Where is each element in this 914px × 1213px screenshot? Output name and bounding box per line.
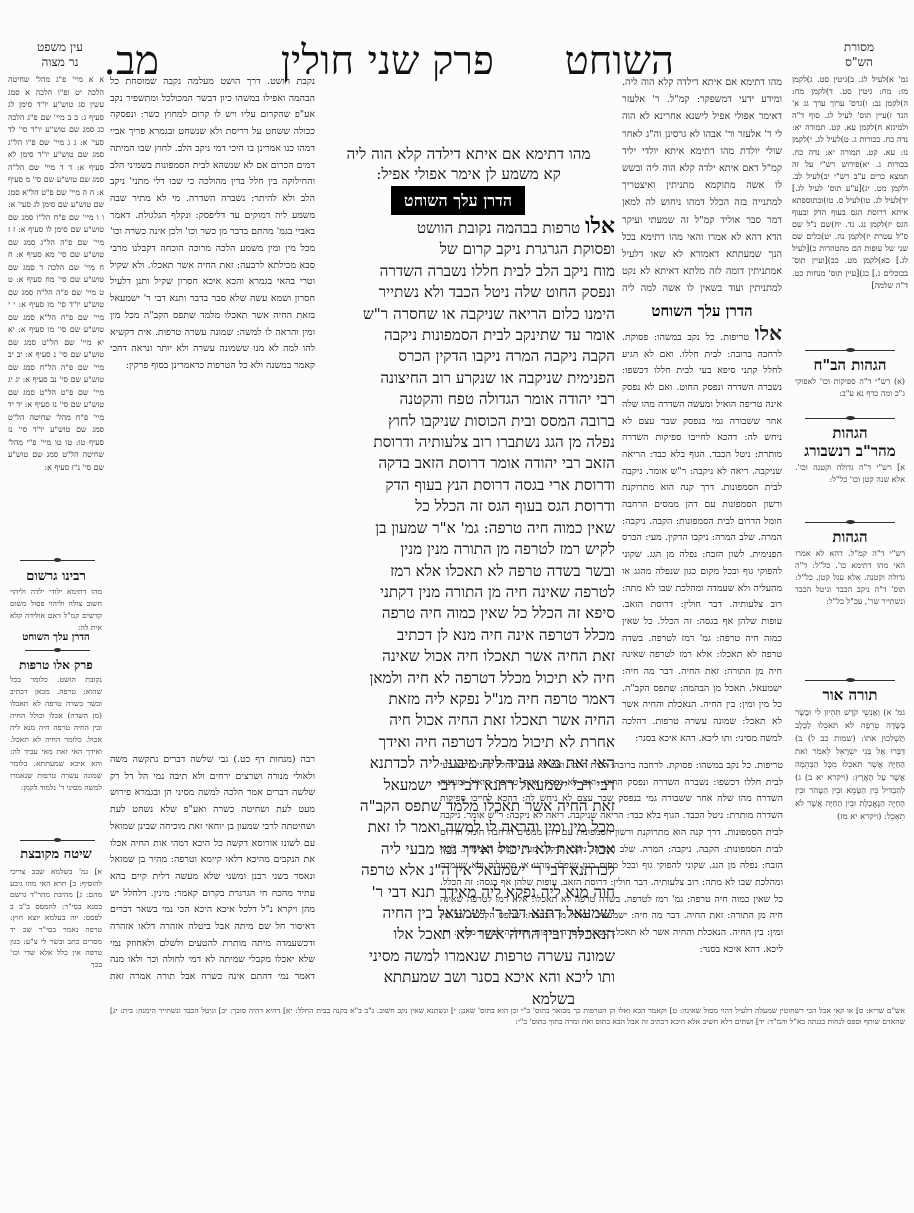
divider [805, 418, 895, 419]
chapter-number: פרק שני [367, 38, 494, 84]
shita-mekubetzet-title: שיטה מקובצת [8, 846, 104, 864]
footnotes: אש"ם שריא: ס] או קאי אבל הכי רשחוטין שמע… [110, 1005, 905, 1050]
haggahot-habach-title: הגהות הב"ח [792, 356, 908, 374]
divider [805, 680, 895, 681]
rabbenu-gershom-title: רבינו גרשום [8, 568, 104, 586]
opening-word: אלו [585, 213, 615, 239]
divider [805, 350, 895, 351]
gemara-top-lines: מהו דתימא אם איתא דילדה קלא הוה ליה קא מ… [322, 144, 615, 184]
divider [20, 560, 95, 561]
haggahot-gra-text: רש"י ד"ה קמ"ל. דהא לא אמרו האי מהו דתימא… [795, 548, 905, 658]
ein-mishpat-text: א א מיי' פ"ג מהל' שחיטה הלכה יט ופ"ו הלכ… [8, 74, 104, 544]
rg-perek-text: נקובת הושט. כלומר בכל שהוא: טרפה. מכאן ד… [10, 674, 102, 834]
torah-or-title: תורה אור [792, 686, 908, 704]
hadran-banner: הדרן עלך השוחט [391, 186, 525, 215]
rashi-top: מהו דתימא אם איתא דילדה קלא הוה ליה. ומי… [622, 74, 782, 299]
ein-mishpat-label: עין משפט נר מצוה [20, 40, 100, 70]
tosafot-bottom: רבה (מנחות דף כט.) גבי שלשה דברים נתקשה … [110, 752, 315, 984]
divider [25, 650, 90, 651]
divider [20, 840, 95, 841]
torah-or-text: גמ' א) וְאַנְשֵׁי קֹדֶשׁ תִּהְיוּן לִי ו… [795, 706, 905, 946]
rashi-hadran: הדרן עלך השוחט [627, 302, 777, 321]
haggahot-maharav-title: הגהות מהר"ב רנשבורג [792, 424, 908, 460]
masoret-hashas-label: מסורת הש"ס [824, 40, 894, 70]
haggahot-maharav-text: א] רש"י ד"ה גדולה וקטנה וכו'. אלא שנה קט… [795, 462, 905, 486]
rashi-bottom: טריפות. כל נקב במשהו: פסוקת. לרחבה ברובה… [440, 758, 783, 983]
haggahot-habach-text: (א) רש"י ד"ה ספיקות וכו' לאפוקי ג"כ ומה … [795, 376, 905, 400]
tosafot-column: נקבת הושט. דרך הושט מעלמה נקבה שמוסחת כל… [110, 74, 315, 754]
divider [805, 522, 895, 523]
masoret-hashas-text: גמ' א)לעיל לג. ב)גיטין סט. ג)לקמן מז: מח… [792, 74, 908, 296]
rashi-main: אלו טריפות. כל נקב במשהו: פסוקת. לרחבה ב… [622, 325, 782, 745]
rg-perek-title: פרק אלו טרפות [8, 656, 104, 674]
rabbenu-gershom-text: מהו דתימא ילודי ילדה וליהוי חשוב צולה ול… [10, 586, 102, 634]
shita-mekubetzet-text: א] גמ' בשלמא שבכ צריכי להוסיף: ב] חרא הא… [10, 866, 102, 1051]
haggahot-gra-title: הגהות [792, 528, 908, 546]
rg-hadran: הדרן עלך השוחט [8, 632, 104, 643]
